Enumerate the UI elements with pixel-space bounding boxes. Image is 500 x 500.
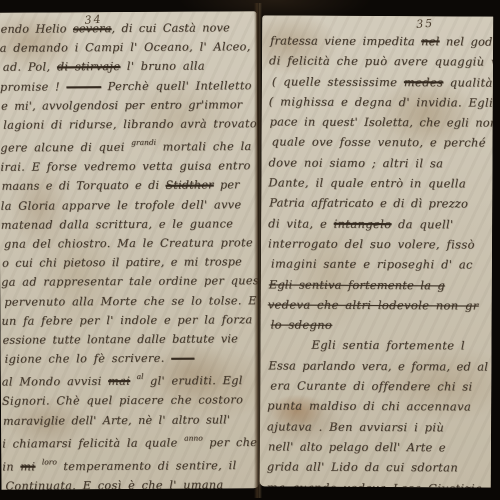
- handwritten-line: grida all' Lido da cui sdortan: [267, 457, 491, 478]
- handwritten-line: ( quelle stessissime medes qualità che l…: [272, 71, 493, 92]
- handwritten-line: Dante, il quale entrò in quella: [268, 173, 492, 194]
- handwritten-line: irai. E forse vedremo vetta guisa entro: [0, 156, 257, 177]
- handwritten-line: interrogato del suo volere, fissò: [268, 233, 492, 254]
- handwritten-line: ma quando vedeva Lesa Giustizia: [267, 477, 491, 488]
- handwritten-line: era Curante di offendere chi si: [270, 375, 491, 396]
- handwritten-line: lo sdegno: [271, 315, 492, 336]
- handwritten-line: di felicità che può avere quaggiù vive: [269, 51, 493, 72]
- handwritten-line: di vita, e intangelo da quell': [268, 213, 492, 234]
- handwritten-line: gere alcune di quei grandi mortali che l…: [0, 133, 257, 158]
- manuscript-photo: 34 endo Helio severa, di cui Castà novea…: [0, 0, 500, 500]
- handwritten-line: a demando i Campi l' Oceano, l' Alceo,: [0, 37, 257, 58]
- handwritten-line: ( mighissa e degna d' invidia. Egli dice: [269, 91, 493, 112]
- handwritten-line: un fa febre per l' indole e per la forza: [1, 310, 258, 331]
- handwritten-line: pace in quest' Isoletta, che egli non: [270, 112, 493, 133]
- handwritten-line: la Gloria apparve le trofole dell' avve: [1, 195, 258, 216]
- handwritten-line: Patria affatricato e di dì prezzo: [269, 193, 492, 214]
- handwritten-line: dove noi siamo ; altri il sa: [268, 152, 492, 173]
- handwritten-line: maraviglie dell' Arte, nè l' altro sull': [3, 410, 259, 431]
- handwritten-line: pervenuto alla Morte che se lo tolse. E: [4, 291, 258, 312]
- handwritten-line: quale ove fosse venuto, e perché: [272, 132, 493, 153]
- handwritten-line: Essa parlando vera, e forma, ed al: [268, 355, 491, 376]
- handwritten-line: endo Helio severa, di cui Castà nove: [1, 18, 257, 39]
- handwritten-line: ajutava . Ben avviarsi i più: [267, 416, 491, 437]
- handwritten-line: ad. Pol, di stirvaje l' bruno alla: [3, 57, 257, 78]
- handwritten-line: vedeva che altri lodevole non gr: [268, 294, 492, 315]
- handwritten-line: nell' alto pelago dell' Arte e: [268, 436, 491, 457]
- handwritten-line: Continuata. E così è che l' umana: [5, 475, 259, 490]
- handwritten-line: maans e di Torquato e di Stidther per: [2, 176, 258, 197]
- handwritten-line: lagioni di ridurse, librando avrà trovat…: [3, 114, 257, 135]
- handwritten-text-left: endo Helio severa, di cui Castà novea de…: [0, 18, 259, 490]
- page-number-35: 35: [416, 17, 435, 31]
- handwritten-line: i chiamarsi felicità la quale anno per c…: [2, 429, 259, 454]
- handwritten-line: Egli sentia fortemente l: [267, 335, 491, 356]
- handwritten-line: in mi loro temperamento di sentire, il: [2, 452, 259, 477]
- handwritten-line: al Mondo avvisi mai al gl' eruditi. Egl: [2, 368, 259, 393]
- handwritten-line: promise ! ——— Perchè quell' Intelletto: [0, 76, 257, 97]
- handwritten-line: e mi', avvolgendosi per entro gr'immor: [1, 95, 257, 116]
- handwritten-text-right: fratessa viene impedita nel nel godidi f…: [267, 30, 493, 487]
- handwritten-line: Egli sentiva fortemente la g: [269, 274, 492, 295]
- handwritten-line: imagini sante e riposeghi d' ac: [271, 254, 492, 275]
- handwritten-line: o cui chi pietoso il patire, e mi trospe: [2, 252, 258, 273]
- manuscript-page-right: 35 fratessa viene impedita nel nel godid…: [260, 15, 493, 487]
- handwritten-line: ga ad rappresentar tale ordine per quest…: [1, 272, 258, 293]
- handwritten-line: matenad dalla scrittura, e le guance: [1, 214, 258, 235]
- handwritten-line: Signori. Chè quel piacere che costoro: [2, 391, 259, 412]
- handwritten-line: gna del chiostro. Ma le Creatura prote: [4, 233, 258, 254]
- handwritten-line: igione che lo fè scrivere. ——: [5, 348, 259, 369]
- manuscript-page-left: 34 endo Helio severa, di cui Castà novea…: [0, 11, 259, 490]
- handwritten-line: punta maldiso di chi accennava: [267, 396, 491, 417]
- handwritten-line: fratessa viene impedita nel nel godi: [270, 30, 493, 51]
- handwritten-line: essione tutte lontane dalle battute vie: [2, 329, 258, 350]
